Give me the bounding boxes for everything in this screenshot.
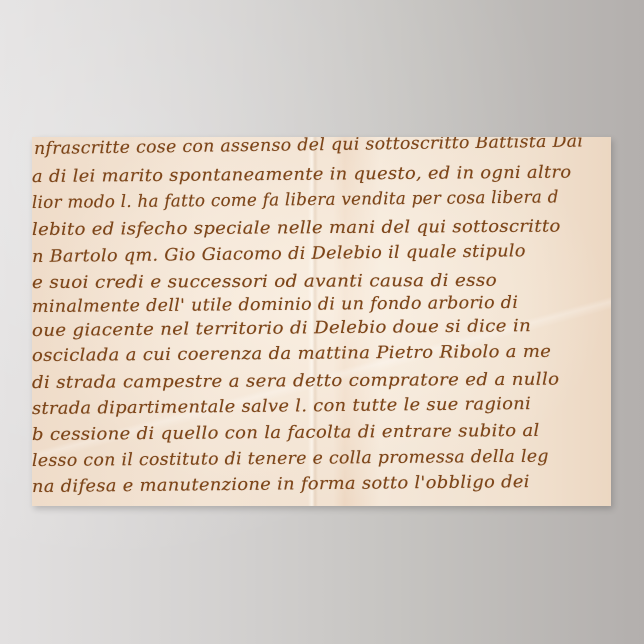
manuscript-line-10: di strada campestre a sera detto comprat… [32,370,559,393]
manuscript-line-9: osciclada a cui coerenza da mattina Piet… [32,342,551,366]
manuscript-poster: nfrascritte cose con assenso del qui sot… [32,137,611,506]
manuscript-line-7: minalmente dell' utile dominio di un fon… [32,293,518,317]
manuscript-line-12: b cessione di quello con la facolta di e… [32,421,540,445]
manuscript-line-4: lebito ed isfecho speciale nelle mani de… [32,217,561,240]
manuscript-line-6: e suoi credi e successori od avanti caus… [32,271,497,293]
